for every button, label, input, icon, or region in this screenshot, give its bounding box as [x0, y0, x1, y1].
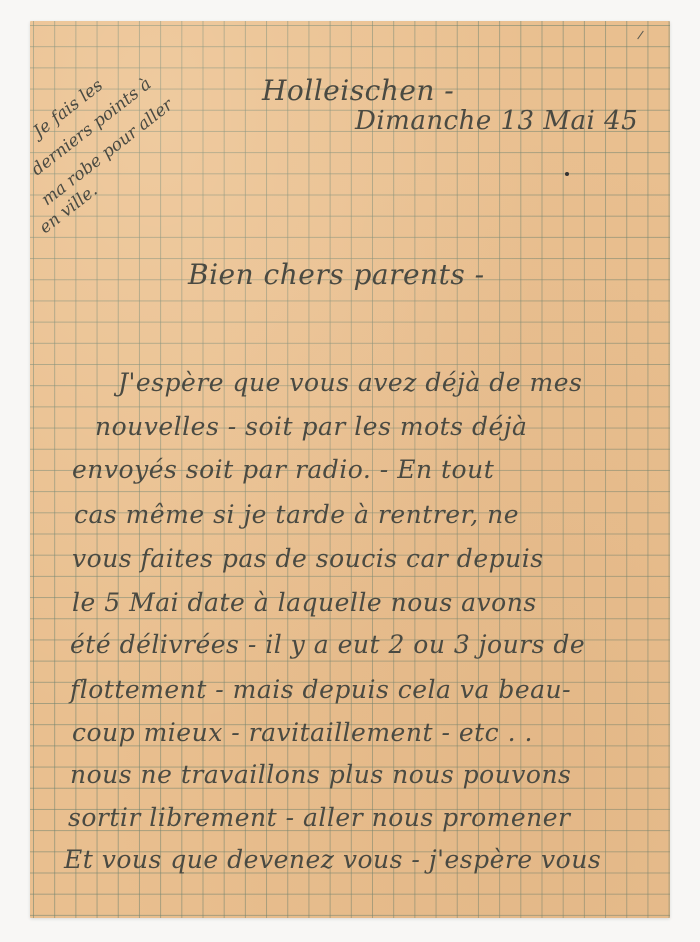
letter-date: Dimanche 13 Mai 45: [355, 106, 638, 136]
ink-dot: [565, 172, 569, 176]
body-line: le 5 Mai date à laquelle nous avons: [72, 588, 537, 617]
body-line: flottement - mais depuis cela va beau-: [70, 675, 571, 704]
body-line: envoyés soit par radio. - En tout: [72, 455, 494, 484]
body-line: sortir librement - aller nous promener: [68, 803, 570, 832]
scanned-letter: Je fais les derniers points à ma robe po…: [0, 0, 700, 942]
letter-salutation: Bien chers parents -: [188, 258, 485, 291]
body-line: Et vous que devenez vous - j'espère vous: [64, 845, 601, 874]
body-line: été délivrées - il y a eut 2 ou 3 jours …: [70, 630, 585, 659]
body-line: nous ne travaillons plus nous pouvons: [70, 760, 571, 789]
body-line: coup mieux - ravitaillement - etc . .: [72, 718, 533, 747]
margin-note: Je fais les derniers points à ma robe po…: [36, 40, 246, 240]
body-line: vous faites pas de soucis car depuis: [72, 544, 544, 573]
letter-place: Holleischen -: [262, 74, 454, 107]
body-line: nouvelles - soit par les mots déjà: [95, 412, 527, 441]
body-line: J'espère que vous avez déjà de mes: [118, 368, 582, 397]
body-line: cas même si je tarde à rentrer, ne: [74, 500, 519, 529]
